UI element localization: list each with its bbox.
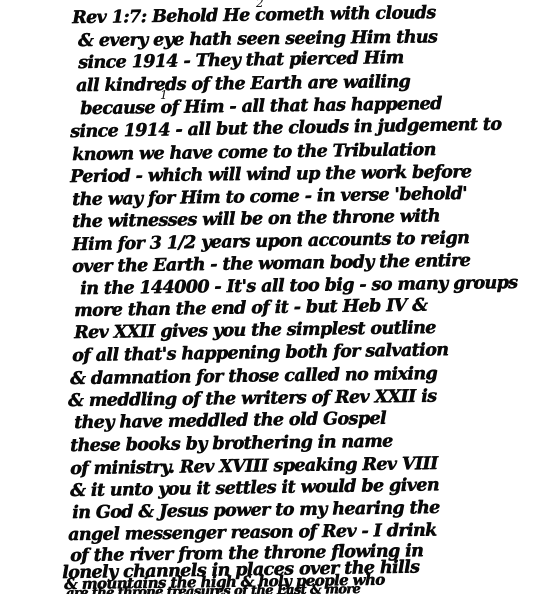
handwritten-line: since 1914 - They that pierced Him xyxy=(78,48,404,73)
handwritten-text-body: Rev 1:7: Behold He cometh with clouds & … xyxy=(0,0,546,594)
handwritten-line: known we have come to the Tribulation xyxy=(72,140,436,165)
handwritten-line: more than the end of it - but Heb IV & xyxy=(74,295,428,321)
handwritten-line: they have meddled the old Gospel xyxy=(74,409,386,433)
handwritten-line: in God & Jesus power to my hearing the xyxy=(72,498,440,523)
margin-mark: 2 xyxy=(256,0,264,10)
margin-mark: 1 xyxy=(160,88,168,102)
scanned-handwritten-page: Rev 1:7: Behold He cometh with clouds & … xyxy=(0,0,546,594)
handwritten-line: & meddling of the writers of Rev XXII is xyxy=(68,387,437,411)
handwritten-line: & damnation for those called no mixing xyxy=(70,364,437,389)
handwritten-line: these books by brothering in name xyxy=(70,431,393,456)
handwritten-line: all kindreds of the Earth are wailing xyxy=(76,72,410,96)
handwritten-line: Period - which will wind up the work bef… xyxy=(70,162,471,187)
handwritten-line: & it unto you it settles it would be giv… xyxy=(70,475,439,501)
handwritten-line: Rev XXII gives you the simplest outline xyxy=(74,318,436,343)
handwritten-line: Rev 1:7: Behold He cometh with clouds xyxy=(72,3,436,28)
handwritten-line: the witnesses will be on the throne with xyxy=(72,206,440,232)
handwritten-line: in the 144000 - It's all too big - so ma… xyxy=(80,273,518,299)
handwritten-line: because of Him - all that has happened xyxy=(80,94,442,119)
handwritten-line: of all that's happening both for salvati… xyxy=(72,340,449,366)
handwritten-line: since 1914 - all but the clouds in judge… xyxy=(70,114,502,142)
handwritten-line: over the Earth - the woman body the enti… xyxy=(72,251,470,277)
